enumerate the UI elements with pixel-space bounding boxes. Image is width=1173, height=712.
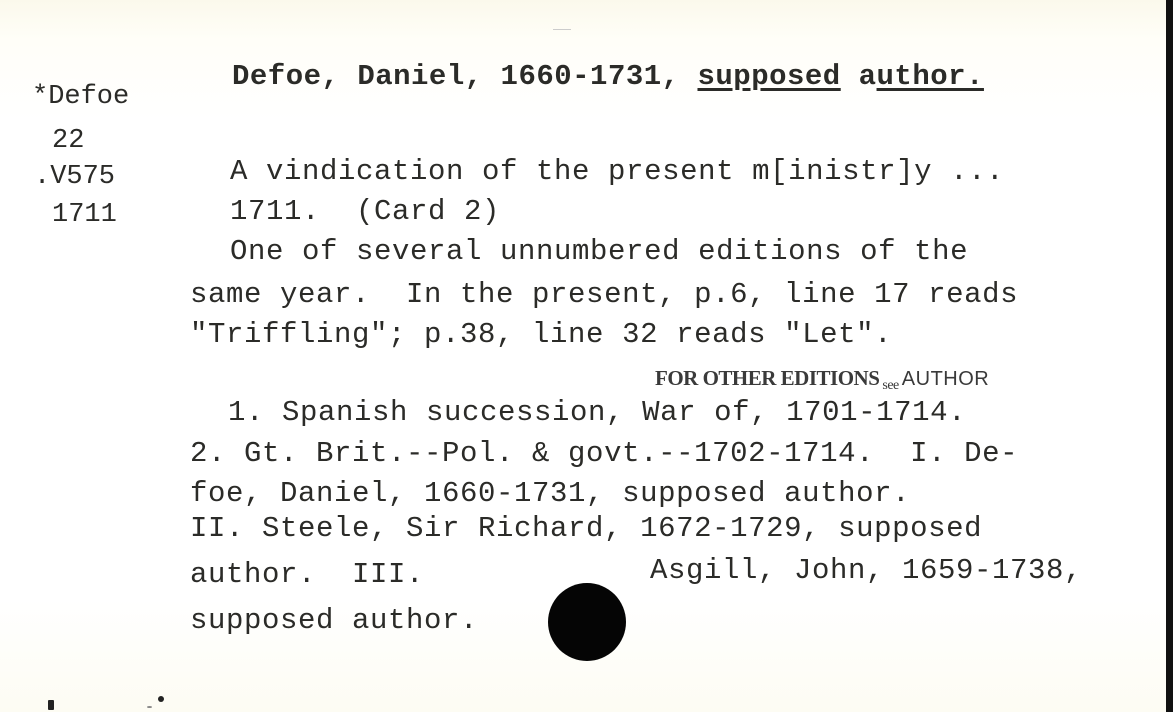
call-number-line-3: .V575 [34, 162, 115, 192]
note-line-3: "Triffling"; p.38, line 32 reads "Let". [190, 320, 892, 350]
tracing-line-3: foe, Daniel, 1660-1731, supposed author. [190, 479, 910, 509]
relator-author: uthor. [877, 60, 984, 93]
catalog-card: *Defoe 22 .V575 1711 Defoe, Daniel, 1660… [0, 0, 1166, 712]
stray-mark [48, 700, 54, 710]
tracing-line-4: II. Steele, Sir Richard, 1672-1729, supp… [190, 514, 982, 544]
tracing-line-5b: Asgill, John, 1659-1738, [650, 556, 1082, 586]
stray-mark [147, 706, 152, 708]
tracing-line-5a: author. III. [190, 560, 424, 590]
title-line-1: A vindication of the present m[inistr]y … [230, 157, 1004, 187]
author-name: Defoe, Daniel, 1660-1731, [232, 60, 697, 93]
stray-mark [158, 696, 164, 702]
relator-space: a [841, 60, 877, 93]
call-number-line-2: 22 [52, 126, 84, 156]
call-number-line-1: *Defoe [32, 82, 129, 112]
other-editions-stamp: FOR OTHER EDITIONSseeAUTHOR [655, 366, 989, 391]
card-punch-hole [548, 583, 626, 661]
tracing-line-2: 2. Gt. Brit.--Pol. & govt.--1702-1714. I… [190, 439, 1018, 469]
author-heading: Defoe, Daniel, 1660-1731, supposed autho… [232, 62, 984, 92]
relator-supposed: supposed [697, 60, 840, 93]
stamp-see: see [882, 378, 898, 393]
tracing-line-1: 1. Spanish succession, War of, 1701-1714… [228, 398, 966, 428]
card-edge-shadow [1166, 0, 1173, 712]
stray-mark [553, 29, 571, 30]
stamp-main: FOR OTHER EDITIONS [655, 366, 879, 390]
note-line-2: same year. In the present, p.6, line 17 … [190, 280, 1018, 310]
call-number-line-4: 1711 [52, 200, 117, 230]
tracing-line-6: supposed author. [190, 606, 478, 636]
note-line-1: One of several unnumbered editions of th… [230, 237, 968, 267]
stamp-author: AUTHOR [902, 368, 989, 390]
title-line-2: 1711. (Card 2) [230, 197, 500, 227]
